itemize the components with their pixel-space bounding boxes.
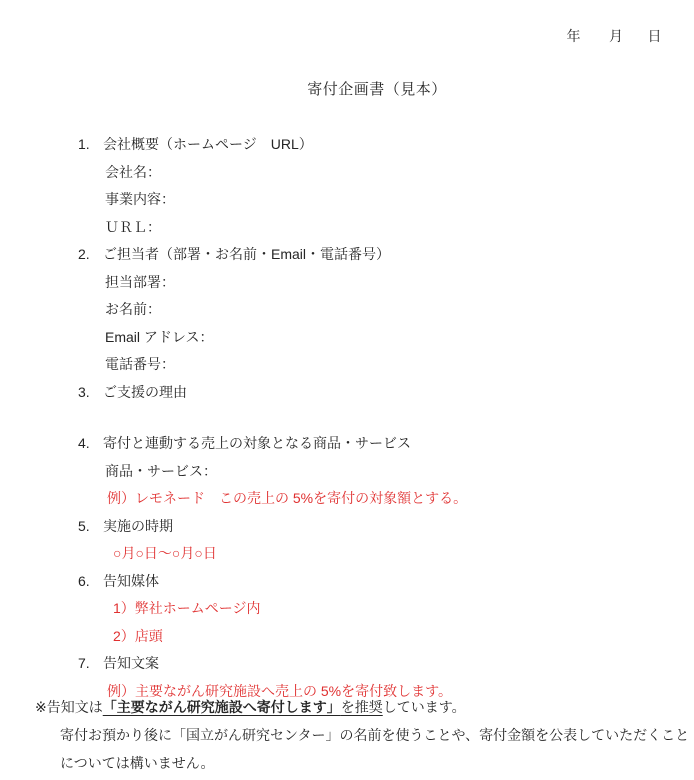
date-month-label: 月 bbox=[609, 28, 624, 44]
footer-line-1: ※告知文は「主要ながん研究施設へ寄付します」を推奨しています。 bbox=[0, 693, 694, 721]
field-department: 担当部署： bbox=[0, 269, 694, 297]
section-4-number: 4. bbox=[78, 430, 103, 458]
field-email: Email アドレス： bbox=[0, 324, 694, 352]
section-5-heading-text: 実施の時期 bbox=[103, 518, 173, 534]
footer-note: ※告知文は「主要ながん研究施設へ寄付します」を推奨しています。 寄付お預かり後に… bbox=[0, 693, 694, 777]
date-year-label: 年 bbox=[567, 28, 582, 44]
field-url: ＵＲＬ： bbox=[0, 214, 694, 242]
section-2-heading: 2.ご担当者（部署・お名前・Email・電話番号） bbox=[0, 241, 694, 269]
date-line: 年月日 bbox=[567, 29, 663, 43]
section-2-number: 2. bbox=[78, 241, 103, 269]
footer-line-3: については構いません。 bbox=[0, 749, 694, 777]
example-product-line: 例）レモネード この売上の 5%を寄付の対象額とする。 bbox=[0, 485, 694, 513]
footer-recommended-phrase: 「主要ながん研究施設へ寄付します」 bbox=[103, 699, 341, 715]
field-name: お名前： bbox=[0, 296, 694, 324]
section-7-heading: 7.告知文案 bbox=[0, 650, 694, 678]
section-4-heading-text: 寄付と連動する売上の対象となる商品・サービス bbox=[103, 435, 411, 451]
section-4-heading: 4.寄付と連動する売上の対象となる商品・サービス bbox=[0, 430, 694, 458]
page-title: 寄付企画書（見本） bbox=[60, 78, 694, 99]
section-6-heading: 6.告知媒体 bbox=[0, 568, 694, 596]
footer-line-1-suffix: しています。 bbox=[383, 699, 466, 715]
section-1-heading: 1.会社概要（ホームページ URL） bbox=[0, 131, 694, 159]
footer-underlined-segment: 「主要ながん研究施設へ寄付します」を推奨 bbox=[103, 699, 383, 715]
field-product-service: 商品・サービス： bbox=[0, 458, 694, 486]
section-5-heading: 5.実施の時期 bbox=[0, 513, 694, 541]
section-2-heading-text: ご担当者（部署・お名前・Email・電話番号） bbox=[103, 246, 390, 262]
section-3-number: 3. bbox=[78, 379, 103, 407]
section-5-number: 5. bbox=[78, 513, 103, 541]
footer-line-1-prefix: ※告知文は bbox=[35, 699, 103, 715]
example-media-1-line: 1）弊社ホームページ内 bbox=[0, 595, 694, 623]
date-day-label: 日 bbox=[648, 28, 663, 44]
section-7-heading-text: 告知文案 bbox=[103, 655, 159, 671]
section-3-heading: 3.ご支援の理由 bbox=[0, 379, 694, 407]
footer-underline-tail: を推奨 bbox=[341, 699, 383, 715]
document-page: 年月日 寄付企画書（見本） 1.会社概要（ホームページ URL） 会社名： 事業… bbox=[0, 0, 694, 780]
field-business-content: 事業内容： bbox=[0, 186, 694, 214]
section-3-heading-text: ご支援の理由 bbox=[103, 384, 187, 400]
field-company-name: 会社名： bbox=[0, 159, 694, 187]
field-phone: 電話番号： bbox=[0, 351, 694, 379]
section-6-number: 6. bbox=[78, 568, 103, 596]
section-6-heading-text: 告知媒体 bbox=[103, 573, 159, 589]
example-period-line: ○月○日～○月○日 bbox=[0, 540, 694, 568]
example-media-2-line: 2）店頭 bbox=[0, 623, 694, 651]
document-body: 1.会社概要（ホームページ URL） 会社名： 事業内容： ＵＲＬ： 2.ご担当… bbox=[0, 131, 694, 705]
section-1-heading-text: 会社概要（ホームページ URL） bbox=[103, 136, 313, 152]
section-7-number: 7. bbox=[78, 650, 103, 678]
section-1-number: 1. bbox=[78, 131, 103, 159]
footer-line-2: 寄付お預かり後に「国立がん研究センター」の名前を使うことや、寄付金額を公表してい… bbox=[0, 721, 694, 749]
